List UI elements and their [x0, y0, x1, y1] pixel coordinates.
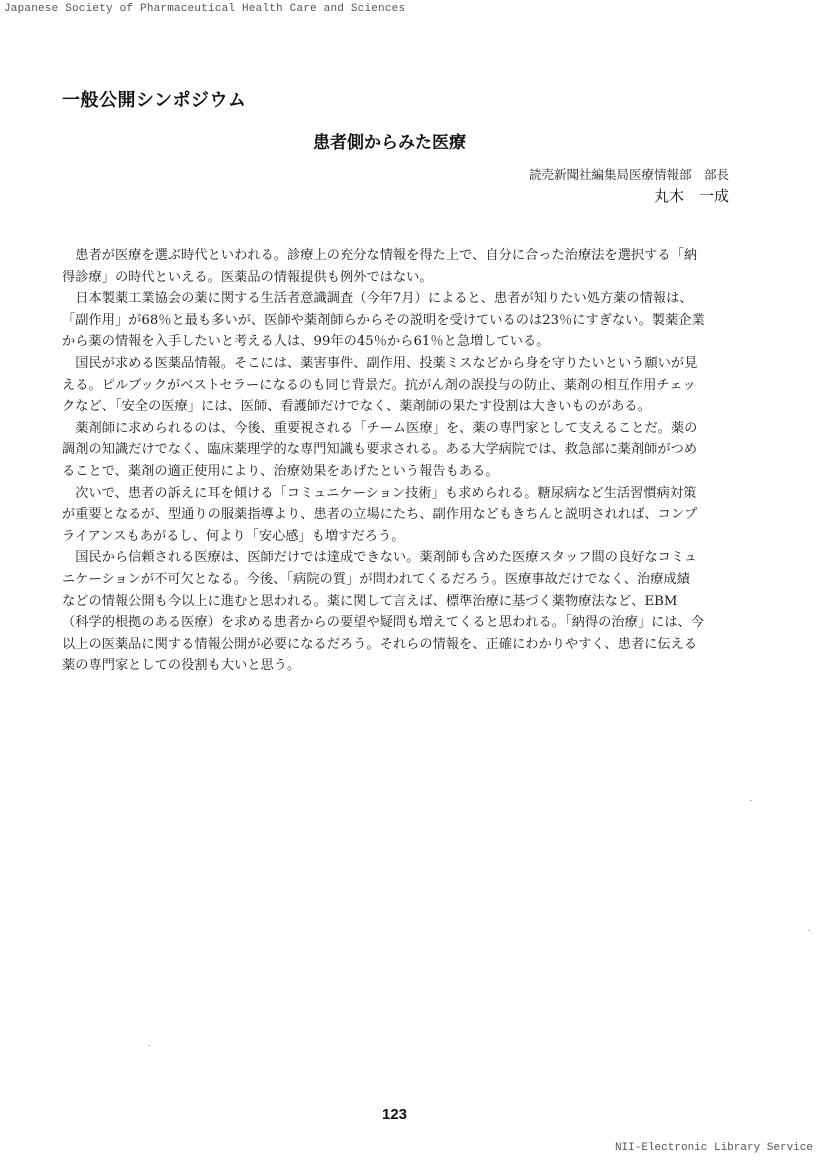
body-line: える。ピルブックがベストセラーになるのも同じ背景だ。抗がん剤の誤投与の防止、薬剤… [62, 375, 730, 397]
article-body: 患者が医療を選ぶ時代といわれる。診療上の充分な情報を得た上で、自分に合った治療法… [62, 245, 730, 677]
body-line: 以上の医薬品に関する情報公開が必要になるだろう。それらの情報を、正確にわかりやす… [62, 634, 730, 656]
body-line: 国民が求める医薬品情報。そこには、薬害事件、副作用、投薬ミスなどから身を守りたい… [62, 353, 730, 375]
body-line: から薬の情報を入手したいと考える人は、99年の45％から61％と急増している。 [62, 331, 730, 353]
body-line: 次いで、患者の訴えに耳を傾ける「コミュニケーション技術」も求められる。糖尿病など… [62, 483, 730, 505]
body-line: クなど、「安全の医療」には、医師、看護師だけでなく、薬剤師の果たす役割は大きいも… [62, 396, 730, 418]
body-line: などの情報公開も今以上に進むと思われる。薬に関して言えば、標準治療に基づく薬物療… [62, 591, 730, 613]
body-line: 国民から信頼される医療は、医師だけでは達成できない。薬剤師も含めた医療スタッフ間… [62, 547, 730, 569]
body-line: が重要となるが、型通りの服薬指導より、患者の立場にたち、副作用などもきちんと説明… [62, 504, 730, 526]
library-service-footer: NII-Electronic Library Service [615, 1142, 813, 1154]
body-line: ることで、薬剤の適正使用により、治療効果をあげたという報告もある。 [62, 461, 730, 483]
body-line: （科学的根拠のある医療）を求める患者からの要望や疑問も増えてくると思われる。「納… [62, 612, 730, 634]
body-line: ニケーションが不可欠となる。今後、「病院の質」が問われてくるだろう。医療事故だけ… [62, 569, 730, 591]
section-label: 一般公開シンポジウム [62, 86, 246, 112]
article-title: 患者側からみた医療 [313, 128, 466, 153]
body-line: 患者が医療を選ぶ時代といわれる。診療上の充分な情報を得た上で、自分に合った治療法… [62, 245, 730, 267]
scan-speck [808, 930, 810, 931]
scan-speck [148, 1045, 150, 1046]
scan-speck [750, 800, 752, 801]
body-line: 日本製薬工業協会の薬に関する生活者意識調査（今年7月）によると、患者が知りたい処… [62, 288, 730, 310]
body-line: 調剤の知識だけでなく、臨床薬理学的な専門知識も要求される。ある大学病院では、救急… [62, 439, 730, 461]
body-line: 薬の専門家としての役割も大いと思う。 [62, 655, 730, 677]
journal-source-header: Japanese Society of Pharmaceutical Healt… [4, 3, 405, 15]
body-line: 「副作用」が68％と最も多いが、医師や薬剤師らからその説明を受けているのは23％… [62, 310, 730, 332]
author-affiliation: 読売新聞社編集局医療情報部 部長 [529, 165, 729, 183]
body-line: ライアンスもあがるし、何より「安心感」も増すだろう。 [62, 526, 730, 548]
body-line: 得診療」の時代といえる。医薬品の情報提供も例外ではない。 [62, 267, 730, 289]
body-line: 薬剤師に求められるのは、今後、重要視される「チーム医療」を、薬の専門家として支え… [62, 418, 730, 440]
page-number: 123 [382, 1106, 407, 1123]
author-name: 丸木 一成 [654, 185, 729, 206]
